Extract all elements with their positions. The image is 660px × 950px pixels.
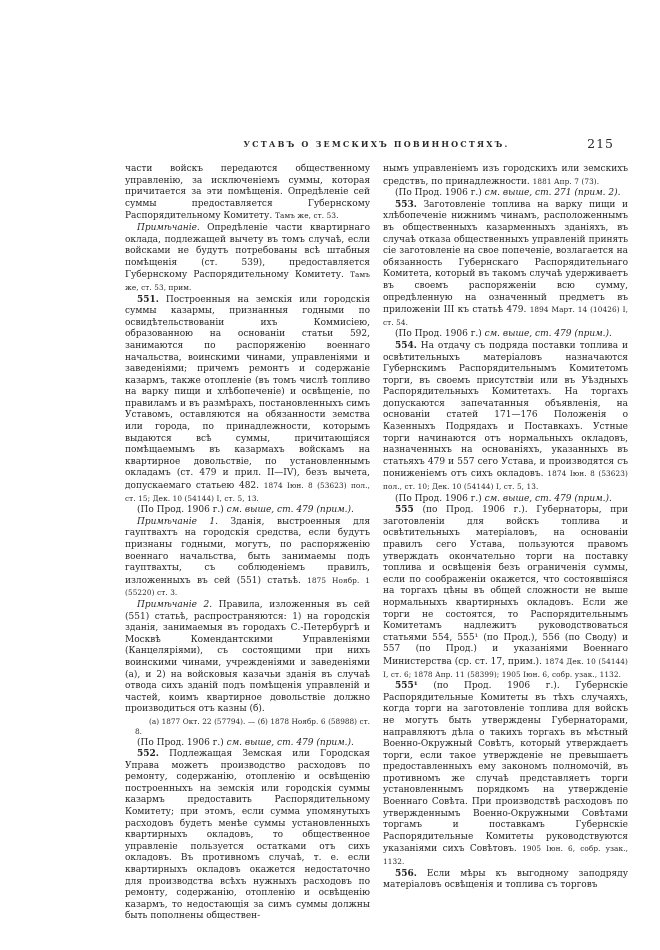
paragraph: (По Прод. 1906 г.) см. выше, ст. 479 (пр… [125,738,370,750]
left-column: части войскъ передаются общественному уп… [125,164,370,923]
paragraph: (По Прод. 1906 г.) см. выше, ст. 271 (пр… [383,188,628,200]
paragraph: Примѣчаніе 1. Зданія, выстроенныя для га… [125,517,370,600]
text-segment: Заготовленіе топлива на варку пищи и хлѣ… [383,200,628,315]
document-page: УСТАВЪ О ЗЕМСКИХЪ ПОВИННОСТЯХЪ. 215 част… [0,0,660,950]
paragraph: (а) 1877 Окт. 22 (57794). — (б) 1878 Ноя… [125,717,370,737]
text-segment: 555¹ [395,681,418,691]
text-segment: (по Прод. 1906 г.). Губернскіе Распоряди… [383,681,628,854]
text-segment: (По Прод. 1906 г.) [395,329,485,339]
text-segment: 553. [395,200,417,210]
text-segment: см. выше, ст. 479 (прим.). [227,738,354,748]
text-segment: 555 [395,505,414,515]
text-segment: см. выше, ст. 271 (прим. 2). [485,188,621,198]
text-segment: 551. [137,295,159,305]
text-block: УСТАВЪ О ЗЕМСКИХЪ ПОВИННОСТЯХЪ. 215 част… [125,139,628,923]
paragraph: (По Прод. 1906 г.) см. выше, ст. 479 (пр… [125,505,370,517]
paragraph: 556. Если мѣры къ выгодному заподряду ма… [383,869,628,892]
text-segment: (По Прод. 1906 г.) [395,494,485,504]
paragraph: (По Прод. 1906 г.) см. выше, ст. 479 (пр… [383,494,628,506]
text-segment: см. выше, ст. 479 (прим.). [227,505,354,515]
paragraph: 555¹ (по Прод. 1906 г.). Губернскіе Расп… [383,681,628,869]
paragraph: 552. Подлежащая Земская или Городская Уп… [125,749,370,923]
text-segment: 1881 Апр. 7 (73). [533,177,600,186]
text-segment: см. выше, ст. 479 (прим.). [485,329,612,339]
page-number: 215 [587,136,614,151]
text-segment: На отдачу съ подряда поставки топлива и … [383,341,628,480]
text-segment: (По Прод. 1906 г.) [137,738,227,748]
text-segment: Примѣчаніе. [137,223,200,233]
text-segment: (По Прод. 1906 г.) [395,188,485,198]
right-column: нымъ управленіемъ изъ городскихъ или зем… [383,164,628,923]
two-column-layout: части войскъ передаются общественному уп… [125,164,628,923]
paragraph: Примѣчаніе. Опредѣленіе части квартирнаг… [125,223,370,295]
text-segment: Правила, изложенныя въ сей (551) статьѣ,… [125,600,370,714]
paragraph: нымъ управленіемъ изъ городскихъ или зем… [383,164,628,188]
paragraph: 555 (по Прод. 1906 г.). Губернаторы, при… [383,505,628,681]
text-segment: Подлежащая Земская или Городская Управа … [125,749,370,921]
paragraph: 551. Построенныя на земскія или городскі… [125,295,370,506]
running-head: УСТАВЪ О ЗЕМСКИХЪ ПОВИННОСТЯХЪ. 215 [125,139,628,155]
paragraph: части войскъ передаются общественному уп… [125,164,370,223]
text-segment: (По Прод. 1906 г.) [137,505,227,515]
paragraph: 553. Заготовленіе топлива на варку пищи … [383,200,628,330]
text-segment: 556. [395,869,417,879]
text-segment: 552. [137,749,159,759]
running-title: УСТАВЪ О ЗЕМСКИХЪ ПОВИННОСТЯХЪ. [125,139,628,149]
text-segment: Тамъ же, ст. 53. [275,211,339,220]
text-segment: Примѣчаніе 1. [137,517,218,527]
text-segment: Построенныя на земскія или городскія сум… [125,295,370,492]
text-segment: см. выше, ст. 479 (прим.). [485,494,612,504]
paragraph: (По Прод. 1906 г.) см. выше, ст. 479 (пр… [383,329,628,341]
paragraph: Примѣчаніе 2. Правила, изложенныя въ сей… [125,600,370,716]
text-segment: Если мѣры къ выгодному заподряду матеріа… [383,869,628,891]
paragraph: 554. На отдачу съ подряда поставки топли… [383,341,628,494]
text-segment: Примѣчаніе 2. [137,600,212,610]
text-segment: 554. [395,341,417,351]
text-segment: (по Прод. 1906 г.). Губернаторы, при заг… [383,505,628,667]
text-segment: (а) 1877 Окт. 22 (57794). — (б) 1878 Ноя… [135,717,370,736]
